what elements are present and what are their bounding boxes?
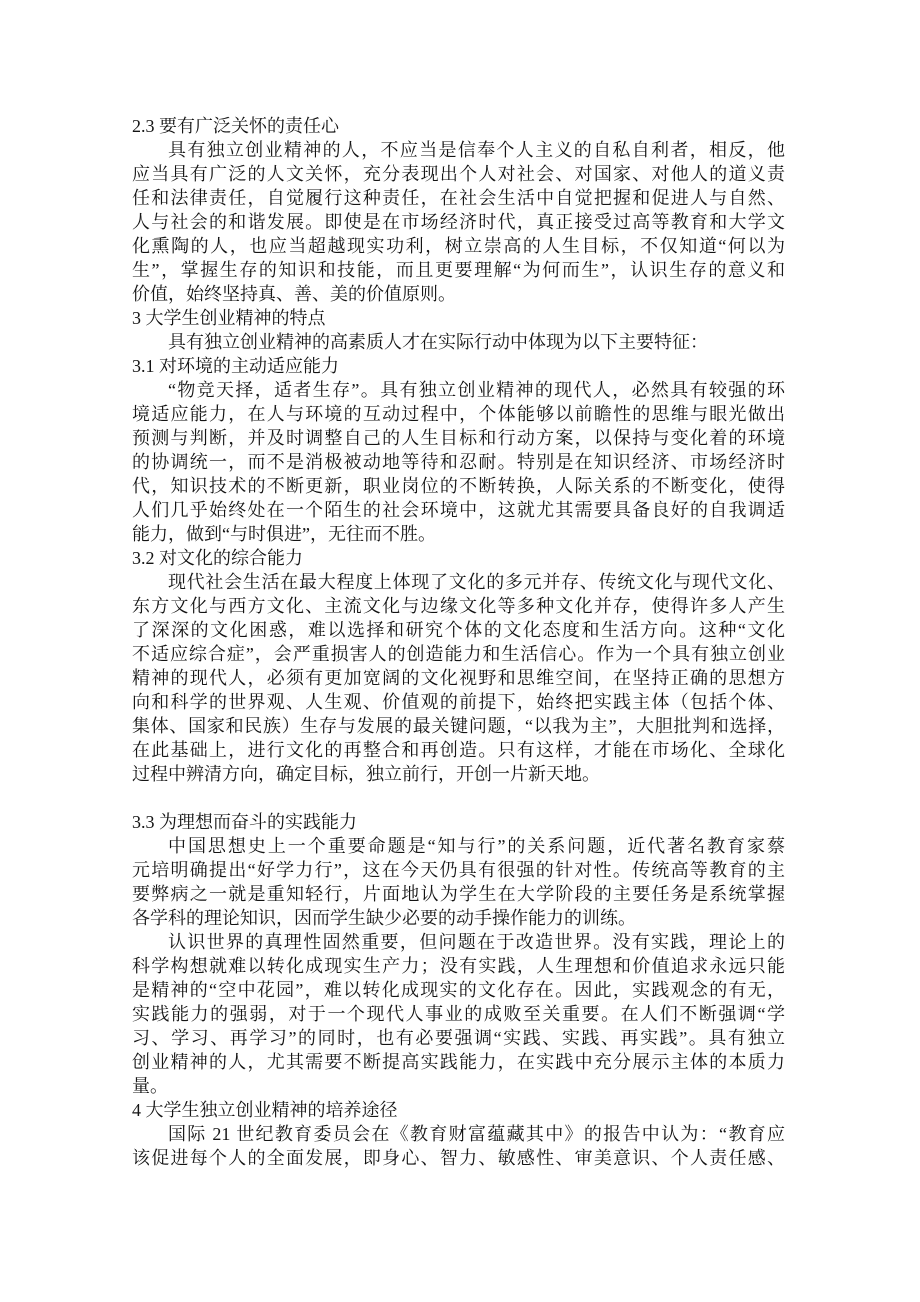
text-line: 各学科的理论知识，因而学生缺少必要的动手操作能力的训练。 xyxy=(132,906,785,930)
text-line: 了深深的文化困惑，难以选择和研究个体的文化态度和生活方向。这种“文化 xyxy=(132,618,785,642)
text-line: 是精神的“空中花园”，难以转化成现实的文化存在。因此，实践观念的有无， xyxy=(132,978,785,1002)
text-line: 东方文化与西方文化、主流文化与边缘文化等多种文化并存，使得许多人产生 xyxy=(132,594,785,618)
document-page: 2.3 要有广泛关怀的责任心具有独立创业精神的人，不应当是信奉个人主义的自私自利… xyxy=(0,0,920,1302)
text-line: 不适应综合症”，会严重损害人的创造能力和生活信心。作为一个具有独立创业 xyxy=(132,642,785,666)
blank-line xyxy=(132,786,785,810)
text-line: 生”，掌握生存的知识和技能，而且更要理解“为何而生”，认识生存的意义和 xyxy=(132,258,785,282)
text-line: 习、学习、再学习”的同时，也有必要强调“实践、实践、再实践”。具有独立 xyxy=(132,1026,785,1050)
text-line: 认识世界的真理性固然重要，但问题在于改造世界。没有实践，理论上的 xyxy=(132,930,785,954)
section-heading: 3.3 为理想而奋斗的实践能力 xyxy=(132,810,785,834)
text-line: 向和科学的世界观、人生观、价值观的前提下，始终把实践主体（包括个体、 xyxy=(132,690,785,714)
text-line: 人与社会的和谐发展。即使是在市场经济时代，真正接受过高等教育和大学文 xyxy=(132,210,785,234)
text-line: 要弊病之一就是重知轻行，片面地认为学生在大学阶段的主要任务是系统掌握 xyxy=(132,882,785,906)
text-line: 应当具有广泛的人文关怀，充分表现出个人对社会、对国家、对他人的道义责 xyxy=(132,162,785,186)
text-line: 科学构想就难以转化成现实生产力；没有实践，人生理想和价值追求永远只能 xyxy=(132,954,785,978)
section-heading: 2.3 要有广泛关怀的责任心 xyxy=(132,114,785,138)
text-line: 过程中辨清方向，确定目标，独立前行，开创一片新天地。 xyxy=(132,762,785,786)
text-line: 的协调统一，而不是消极被动地等待和忍耐。特别是在知识经济、市场经济时 xyxy=(132,450,785,474)
text-line: 集体、国家和民族）生存与发展的最关键问题，“以我为主”，大胆批判和选择， xyxy=(132,714,785,738)
text-line: 该促进每个人的全面发展，即身心、智力、敏感性、审美意识、个人责任感、 xyxy=(132,1146,785,1170)
text-line: 元培明确提出“好学力行”，这在今天仍具有很强的针对性。传统高等教育的主 xyxy=(132,858,785,882)
text-line: 创业精神的人，尤其需要不断提高实践能力，在实践中充分展示主体的本质力 xyxy=(132,1050,785,1074)
text-line: 中国思想史上一个重要命题是“知与行”的关系问题，近代著名教育家蔡 xyxy=(132,834,785,858)
section-heading: 3.1 对环境的主动适应能力 xyxy=(132,354,785,378)
text-line: 境适应能力，在人与环境的互动过程中，个体能够以前瞻性的思维与眼光做出 xyxy=(132,402,785,426)
text-line: 国际 21 世纪教育委员会在《教育财富蕴藏其中》的报告中认为：“教育应 xyxy=(132,1122,785,1146)
text-line: 能力，做到“与时俱进”，无往而不胜。 xyxy=(132,522,785,546)
text-line: “物竞天择，适者生存”。具有独立创业精神的现代人，必然具有较强的环 xyxy=(132,378,785,402)
text-line: 化熏陶的人，也应当超越现实功利，树立崇高的人生目标，不仅知道“何以为 xyxy=(132,234,785,258)
text-line: 现代社会生活在最大程度上体现了文化的多元并存、传统文化与现代文化、 xyxy=(132,570,785,594)
text-line: 任和法律责任，自觉履行这种责任，在社会生活中自觉把握和促进人与自然、 xyxy=(132,186,785,210)
text-line: 具有独立创业精神的人，不应当是信奉个人主义的自私自利者，相反，他 xyxy=(132,138,785,162)
text-line: 具有独立创业精神的高素质人才在实际行动中体现为以下主要特征： xyxy=(132,330,785,354)
text-line: 人们几乎始终处在一个陌生的社会环境中，这就尤其需要具备良好的自我调适 xyxy=(132,498,785,522)
text-line: 实践能力的强弱，对于一个现代人事业的成败至关重要。在人们不断强调“学 xyxy=(132,1002,785,1026)
section-heading: 4 大学生独立创业精神的培养途径 xyxy=(132,1098,785,1122)
text-line: 预测与判断，并及时调整自己的人生目标和行动方案，以保持与变化着的环境 xyxy=(132,426,785,450)
text-line: 代，知识技术的不断更新，职业岗位的不断转换，人际关系的不断变化，使得 xyxy=(132,474,785,498)
document-text: 2.3 要有广泛关怀的责任心具有独立创业精神的人，不应当是信奉个人主义的自私自利… xyxy=(132,114,785,1170)
section-heading: 3.2 对文化的综合能力 xyxy=(132,546,785,570)
text-line: 价值，始终坚持真、善、美的价值原则。 xyxy=(132,282,785,306)
text-line: 精神的现代人，必须有更加宽阔的文化视野和思维空间，在坚持正确的思想方 xyxy=(132,666,785,690)
section-heading: 3 大学生创业精神的特点 xyxy=(132,306,785,330)
text-line: 在此基础上，进行文化的再整合和再创造。只有这样，才能在市场化、全球化 xyxy=(132,738,785,762)
text-line: 量。 xyxy=(132,1074,785,1098)
